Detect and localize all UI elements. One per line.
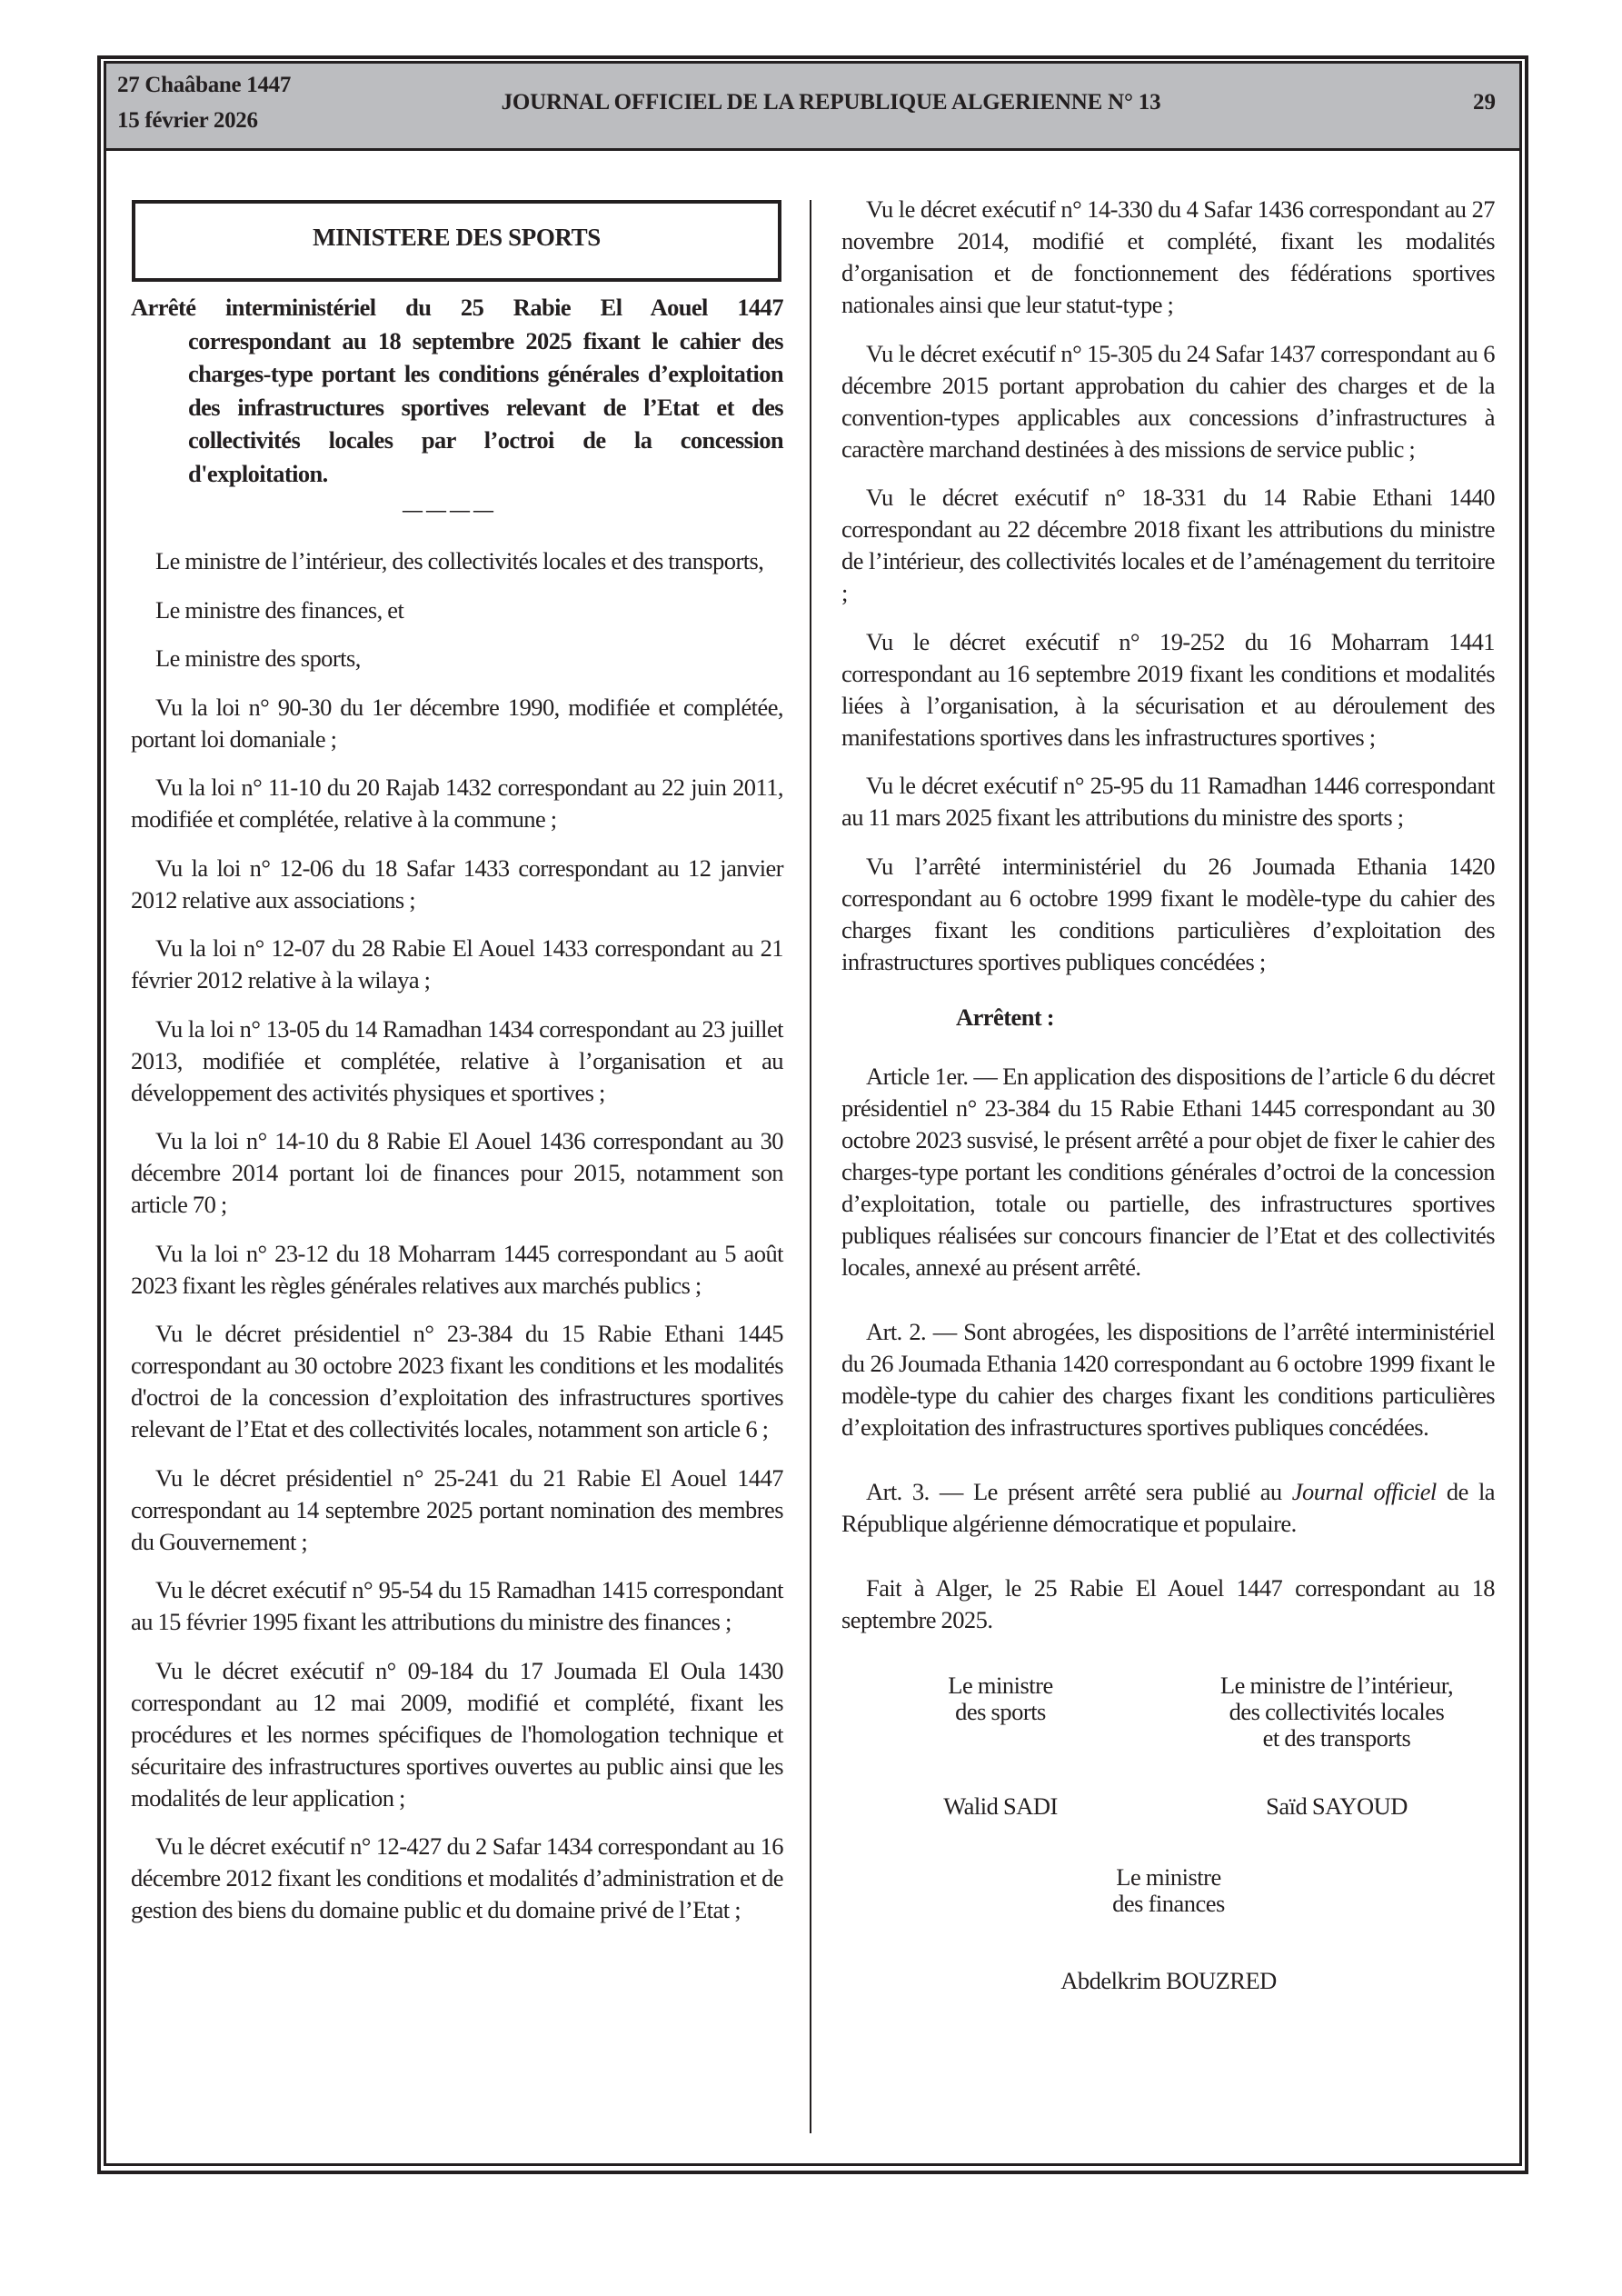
- left-column: Le ministre de l’intérieur, des collecti…: [131, 545, 783, 1943]
- preamble-sports-minister: Le ministre des sports,: [131, 643, 783, 674]
- ministry-title: MINISTERE DES SPORTS: [313, 224, 601, 252]
- visa-paragraph: Vu le décret présidentiel n° 25-241 du 2…: [131, 1462, 783, 1558]
- visa-paragraph: Vu le décret exécutif n° 18-331 du 14 Ra…: [841, 482, 1495, 609]
- preamble-interior-minister: Le ministre de l’intérieur, des collecti…: [131, 545, 783, 577]
- signature-title-line: et des transports: [1187, 1725, 1487, 1752]
- done-at-statement: Fait à Alger, le 25 Rabie El Aouel 1447 …: [841, 1572, 1495, 1636]
- signature-title-line: Le ministre: [905, 1672, 1096, 1699]
- visa-paragraph: Vu la loi n° 13-05 du 14 Ramadhan 1434 c…: [131, 1013, 783, 1109]
- journal-header: 27 Chaâbane 1447 15 février 2026 JOURNAL…: [106, 64, 1519, 151]
- visa-paragraph: Vu la loi n° 14-10 du 8 Rabie El Aouel 1…: [131, 1125, 783, 1221]
- visa-paragraph: Vu le décret présidentiel n° 23-384 du 1…: [131, 1318, 783, 1445]
- visa-paragraph: Vu le décret exécutif n° 09-184 du 17 Jo…: [131, 1655, 783, 1814]
- signature-finance-minister-title: Le ministre des finances: [1023, 1864, 1314, 1917]
- visa-paragraph: Vu le décret exécutif n° 25-95 du 11 Ram…: [841, 770, 1495, 834]
- right-column: Vu le décret exécutif n° 14-330 du 4 Saf…: [841, 194, 1495, 2054]
- page-number: 29: [1473, 90, 1496, 115]
- signature-title-line: des sports: [905, 1699, 1096, 1725]
- signature-interior-minister-title: Le ministre de l’intérieur, des collecti…: [1187, 1672, 1487, 1752]
- signature-title-line: Le ministre de l’intérieur,: [1187, 1672, 1487, 1699]
- visa-paragraph: Vu la loi n° 90-30 du 1er décembre 1990,…: [131, 692, 783, 755]
- article-2: Art. 2. — Sont abrogées, les disposition…: [841, 1316, 1495, 1443]
- article-3: Art. 3. — Le présent arrêté sera publié …: [841, 1476, 1495, 1540]
- signature-interior-minister-name: Saïd SAYOUD: [1187, 1793, 1487, 1820]
- visa-paragraph: Vu l’arrêté interministériel du 26 Jouma…: [841, 851, 1495, 978]
- article-1: Article 1er. — En application des dispos…: [841, 1061, 1495, 1283]
- visa-paragraph: Vu la loi n° 12-06 du 18 Safar 1433 corr…: [131, 853, 783, 916]
- preamble-finance-minister: Le ministre des finances, et: [131, 594, 783, 626]
- title-separator: ————: [403, 498, 497, 522]
- signature-title-line: des finances: [1023, 1891, 1314, 1917]
- journal-title: JOURNAL OFFICIEL DE LA REPUBLIQUE ALGERI…: [106, 90, 1519, 115]
- signature-sports-minister-title: Le ministre des sports: [905, 1672, 1096, 1725]
- visa-paragraph: Vu le décret exécutif n° 19-252 du 16 Mo…: [841, 626, 1495, 754]
- visa-paragraph: Vu la loi n° 11-10 du 20 Rajab 1432 corr…: [131, 772, 783, 835]
- signature-block: Le ministre des sports Le ministre de l’…: [841, 1672, 1495, 2054]
- visa-paragraph: Vu la loi n° 12-07 du 28 Rabie El Aouel …: [131, 933, 783, 996]
- signature-title-line: des collectivités locales: [1187, 1699, 1487, 1725]
- article-3-prefix: Art. 3. — Le présent arrêté sera publié …: [866, 1478, 1292, 1505]
- signature-sports-minister-name: Walid SADI: [905, 1793, 1096, 1820]
- decree-title: Arrêté interministériel du 25 Rabie El A…: [131, 291, 783, 490]
- visa-paragraph: Vu la loi n° 23-12 du 18 Moharram 1445 c…: [131, 1238, 783, 1302]
- ministry-box: MINISTERE DES SPORTS: [132, 200, 781, 282]
- column-divider: [810, 200, 811, 2133]
- signature-title-line: Le ministre: [1023, 1864, 1314, 1891]
- decree-title-rest: correspondant au 18 septembre 2025 fixan…: [131, 324, 783, 491]
- signature-finance-minister-name: Abdelkrim BOUZRED: [978, 1968, 1359, 1994]
- arretent-heading: Arrêtent :: [841, 1002, 1495, 1033]
- visa-paragraph: Vu le décret exécutif n° 15-305 du 24 Sa…: [841, 338, 1495, 465]
- visa-paragraph: Vu le décret exécutif n° 14-330 du 4 Saf…: [841, 194, 1495, 321]
- decree-title-first-line: Arrêté interministériel du 25 Rabie El A…: [131, 291, 783, 324]
- visa-paragraph: Vu le décret exécutif n° 12-427 du 2 Saf…: [131, 1831, 783, 1926]
- journal-officiel-italic: Journal officiel: [1292, 1478, 1437, 1505]
- visa-paragraph: Vu le décret exécutif n° 95-54 du 15 Ram…: [131, 1574, 783, 1638]
